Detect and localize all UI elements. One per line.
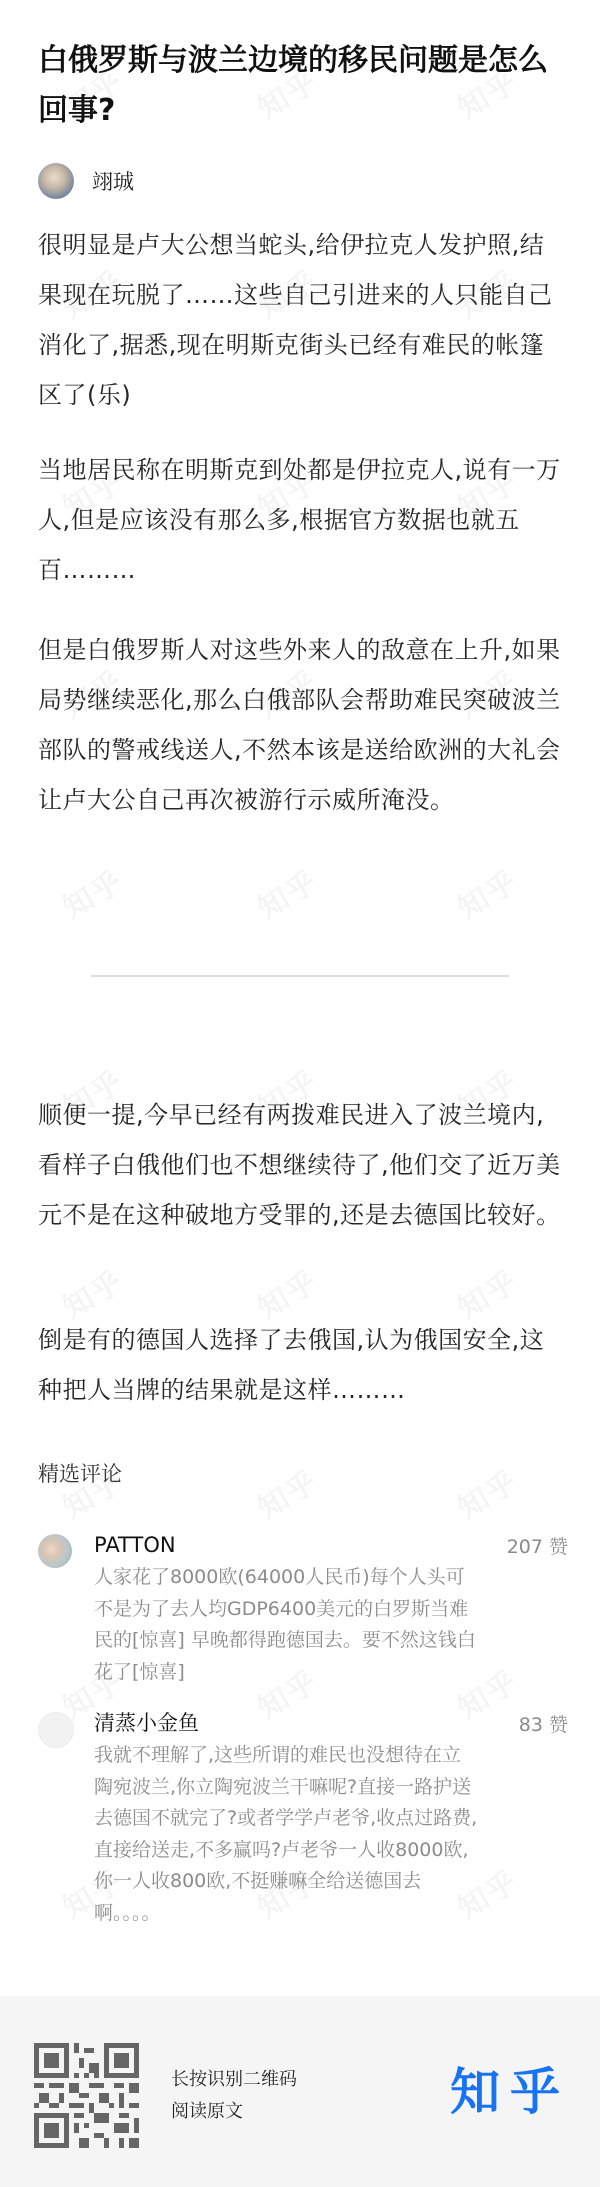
watermark: 知乎 [448, 1457, 525, 1527]
author-name[interactable]: 翊珹 [92, 166, 134, 196]
question-title[interactable]: 白俄罗斯与波兰边境的移民问题是怎么回事? [38, 36, 568, 136]
author-avatar-icon[interactable] [38, 163, 74, 199]
section-divider [91, 975, 509, 977]
article-paragraph-2: 当地居民称在明斯克到处都是伊拉克人,说有一万人,但是应该没有那么多,根据官方数据… [38, 445, 568, 595]
qr-hint-line-2: 阅读原文 [171, 2096, 297, 2128]
article-paragraph-1: 很明显是卢大公想当蛇头,给伊拉克人发护照,结果现在玩脱了……这些自己引进来的人只… [38, 220, 568, 420]
watermark: 知乎 [53, 857, 130, 927]
author-row[interactable]: 翊珹 [38, 160, 134, 202]
comment-item: 清蒸小金鱼 83 赞 我就不理解了,这些所谓的难民也没想待在立陶宛波兰,你立陶宛… [38, 1706, 568, 1966]
watermark: 知乎 [248, 857, 325, 927]
qr-hint-line-1: 长按识别二维码 [171, 2064, 297, 2096]
comment-text: 我就不理解了,这些所谓的难民也没想待在立陶宛波兰,你立陶宛波兰干嘛呢?直接一路护… [94, 1740, 479, 1929]
comment-item: PATTON 207 赞 人家花了8000欧(64000人民币)每个人头可不是为… [38, 1528, 568, 1688]
qr-hint: 长按识别二维码 阅读原文 [171, 2064, 297, 2128]
article-paragraph-5: 倒是有的德国人选择了去俄国,认为俄国安全,这种把人当牌的结果就是这样……… [38, 1315, 568, 1415]
share-footer: 长按识别二维码 阅读原文 知乎 [0, 1996, 600, 2187]
article-paragraph-4: 顺便一提,今早已经有两拨难民进入了波兰境内,看样子白俄他们也不想继续待了,他们交… [38, 1090, 568, 1240]
featured-comments-title: 精选评论 [38, 1458, 122, 1488]
qr-code-icon[interactable] [34, 2043, 139, 2148]
comment-like-count[interactable]: 207 赞 [507, 1532, 568, 1559]
article-paragraph-3: 但是白俄罗斯人对这些外来人的敌意在上升,如果局势继续恶化,那么白俄部队会帮助难民… [38, 625, 568, 825]
comment-username[interactable]: 清蒸小金鱼 [94, 1706, 199, 1740]
comment-like-count[interactable]: 83 赞 [519, 1710, 568, 1737]
default-avatar-icon[interactable] [38, 1712, 74, 1748]
comment-text: 人家花了8000欧(64000人民币)每个人头可不是为了去人均GDP6400美元… [94, 1562, 479, 1688]
watermark: 知乎 [448, 857, 525, 927]
commenter-avatar-icon[interactable] [38, 1534, 72, 1568]
zhihu-logo: 知乎 [450, 2062, 570, 2122]
watermark: 知乎 [248, 1457, 325, 1527]
comment-username[interactable]: PATTON [94, 1528, 176, 1562]
